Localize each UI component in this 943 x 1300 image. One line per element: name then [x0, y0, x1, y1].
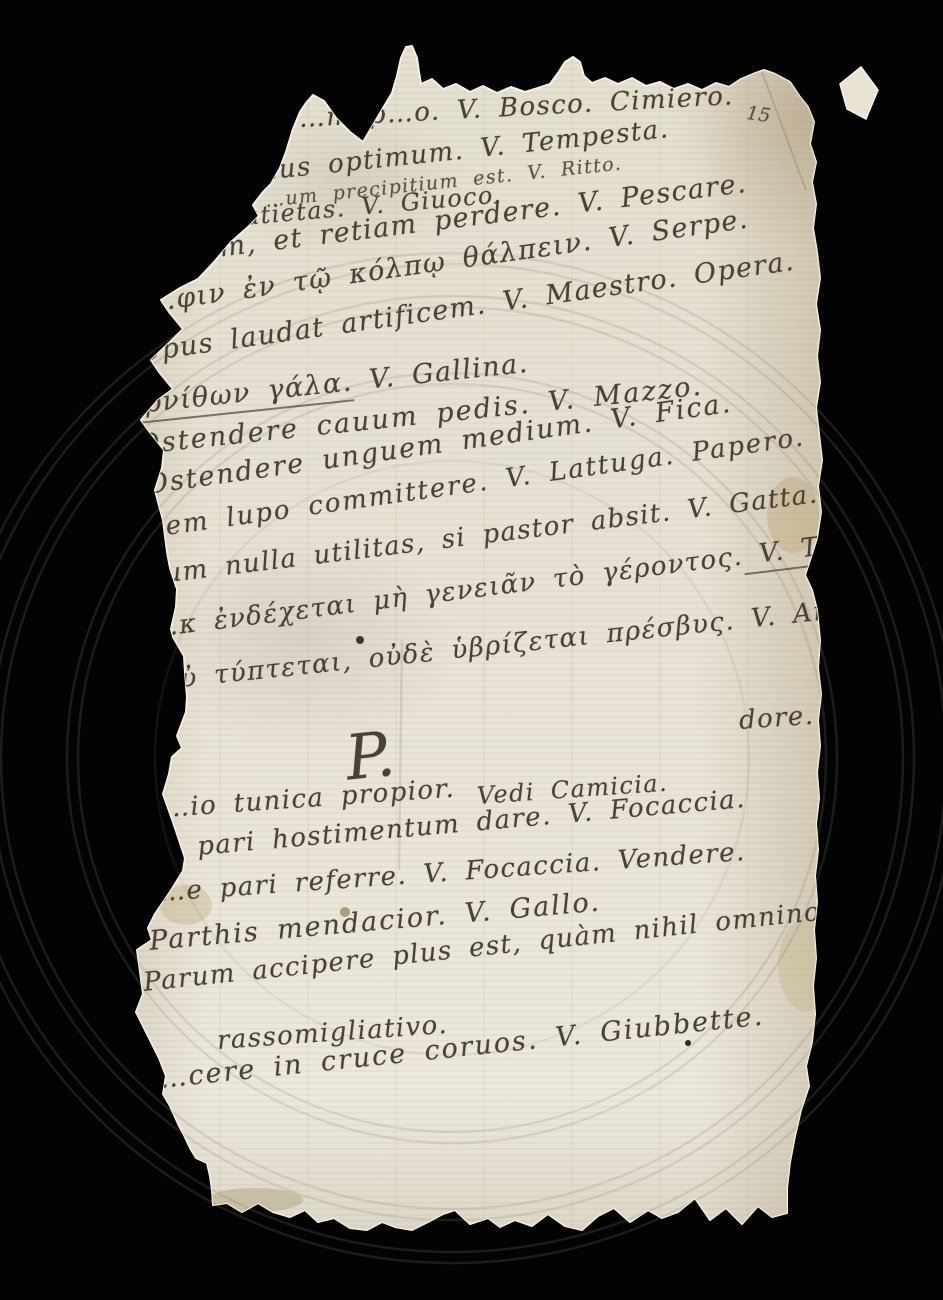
manuscript-line-continuation: dore.	[738, 701, 815, 736]
photo-background: 15 …m p…o. V. Bosco. Cimiero. …us optimu…	[0, 0, 943, 1300]
cross-reference: V. Gallina.	[351, 348, 530, 397]
page-number: 15	[745, 102, 772, 127]
